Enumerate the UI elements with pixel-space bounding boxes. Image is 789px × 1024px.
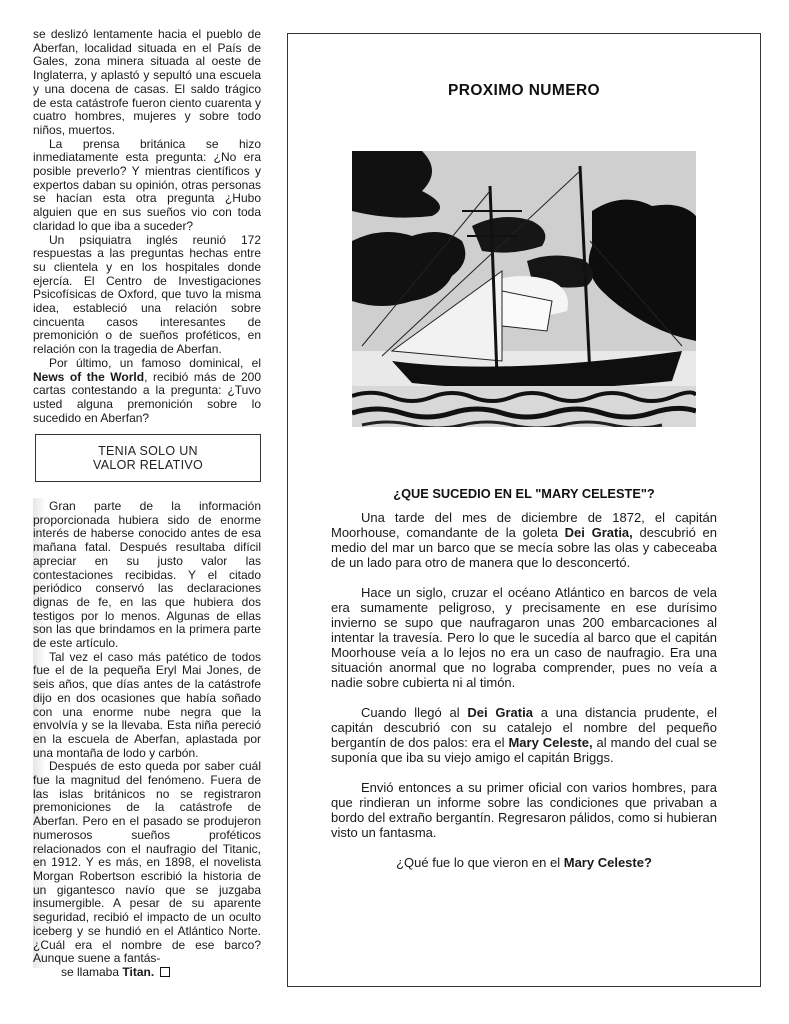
paragraph: Por último, un famoso dominical, el News… [33, 357, 261, 426]
paragraph: Cuando llegó al Dei Gratia a una distanc… [331, 705, 717, 765]
left-column-text-2: Gran parte de la información proporciona… [33, 500, 261, 980]
left-column-text: se deslizó lentamente hacia el pueblo de… [33, 28, 261, 425]
paragraph: Un psiquiatra inglés reunió 172 respuest… [33, 234, 261, 357]
article-title: ¿QUE SUCEDIO EN EL "MARY CELESTE"? [288, 486, 760, 501]
end-of-article-icon [160, 967, 170, 977]
paragraph: Gran parte de la información proporciona… [33, 500, 261, 651]
paragraph: Envió entonces a su primer oficial con v… [331, 780, 717, 840]
paragraph: La prensa británica se hizo inmediatamen… [33, 138, 261, 234]
paragraph: Después de esto queda por saber cuál fue… [33, 760, 261, 966]
closing-question: ¿Qué fue lo que vieron en el Mary Celest… [331, 855, 717, 870]
article-body: Una tarde del mes de diciembre de 1872, … [331, 510, 717, 885]
paragraph: Tal vez el caso más patético de todos fu… [33, 651, 261, 761]
ship-illustration [352, 151, 696, 427]
paragraph: se deslizó lentamente hacia el pueblo de… [33, 28, 261, 138]
publication-name: News of the World [33, 370, 144, 384]
sailing-ship-icon [352, 151, 696, 427]
paragraph: se llamaba Titan. [33, 966, 261, 980]
section-subhead: TENIA SOLO UN VALOR RELATIVO [35, 434, 261, 482]
box-title: PROXIMO NUMERO [288, 82, 760, 100]
paragraph: Una tarde del mes de diciembre de 1872, … [331, 510, 717, 570]
next-issue-box: PROXIMO NUMERO [287, 33, 761, 987]
paragraph: Hace un siglo, cruzar el océano Atlántic… [331, 585, 717, 690]
